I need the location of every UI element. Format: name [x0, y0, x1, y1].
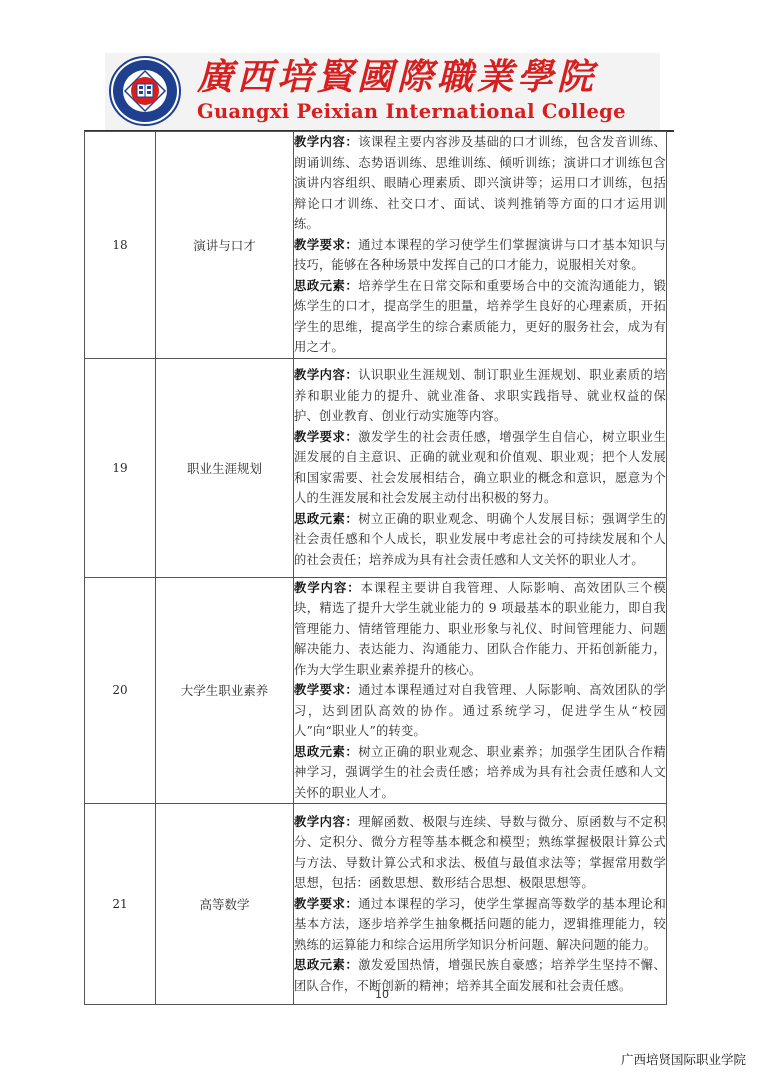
teaching-content: 教学内容：认识职业生涯规划、制订职业生涯规划、职业素质的培养和职业能力的提升、就…: [294, 365, 666, 427]
ideological-elements: 思政元素：树立正确的职业观念、职业素养；加强学生团队合作精神学习，强调学生的社会…: [294, 742, 666, 804]
teaching-requirements: 教学要求：通过本课程通过对自我管理、人际影响、高效团队的学习，达到团队高效的协作…: [294, 680, 666, 742]
course-number: 21: [85, 804, 156, 1005]
table-row: 20 大学生职业素养 教学内容：本课程主要讲自我管理、人际影响、高效团队三个模块…: [85, 577, 667, 804]
ideological-elements: 思政元素：培养学生在日常交际和重要场合中的交流沟通能力，锻炼学生的口才，提高学生…: [294, 276, 666, 358]
course-table: 18 演讲与口才 教学内容：该课程主要内容涉及基础的口才训练，包含发音训练、朗诵…: [84, 131, 667, 1005]
course-number: 19: [85, 358, 156, 577]
teaching-requirements: 教学要求：激发学生的社会责任感，增强学生自信心，树立职业生涯发展的自主意识、正确…: [294, 427, 666, 509]
college-header-banner: 廣西培賢國際職業學院 Guangxi Peixian International…: [105, 53, 660, 130]
course-number: 18: [85, 132, 156, 359]
course-name: 演讲与口才: [156, 132, 294, 359]
ideological-elements: 思政元素：树立正确的职业观念、明确个人发展目标；强调学生的社会责任感和个人成长，…: [294, 509, 666, 571]
table-row: 19 职业生涯规划 教学内容：认识职业生涯规划、制订职业生涯规划、职业素质的培养…: [85, 358, 667, 577]
page-number: 10: [0, 988, 764, 1001]
table-row: 18 演讲与口才 教学内容：该课程主要内容涉及基础的口才训练，包含发音训练、朗诵…: [85, 132, 667, 359]
college-name-chinese: 廣西培賢國際職業學院: [197, 57, 597, 97]
teaching-requirements: 教学要求：通过本课程的学习使学生们掌握演讲与口才基本知识与技巧，能够在各种场景中…: [294, 235, 666, 276]
course-description: 教学内容：该课程主要内容涉及基础的口才训练，包含发音训练、朗诵训练、态势语训练、…: [294, 132, 667, 359]
course-name: 高等数学: [156, 804, 294, 1005]
course-description: 教学内容：理解函数、极限与连续、导数与微分、原函数与不定积分、定积分、微分方程等…: [294, 804, 667, 1005]
teaching-requirements: 教学要求：通过本课程的学习，使学生掌握高等数学的基本理论和基本方法，逐步培养学生…: [294, 894, 666, 956]
course-description: 教学内容：本课程主要讲自我管理、人际影响、高效团队三个模块，精选了提升大学生就业…: [294, 577, 667, 804]
teaching-content: 教学内容：理解函数、极限与连续、导数与微分、原函数与不定积分、定积分、微分方程等…: [294, 812, 666, 894]
course-name: 职业生涯规划: [156, 358, 294, 577]
footer-college-name: 广西培贤国际职业学院: [621, 1050, 746, 1068]
college-name-english: Guangxi Peixian International College: [197, 100, 626, 123]
course-name: 大学生职业素养: [156, 577, 294, 804]
course-number: 20: [85, 577, 156, 804]
table-row: 21 高等数学 教学内容：理解函数、极限与连续、导数与微分、原函数与不定积分、定…: [85, 804, 667, 1005]
course-description: 教学内容：认识职业生涯规划、制订职业生涯规划、职业素质的培养和职业能力的提升、就…: [294, 358, 667, 577]
teaching-content: 教学内容：本课程主要讲自我管理、人际影响、高效团队三个模块，精选了提升大学生就业…: [294, 578, 666, 681]
college-emblem-icon: [109, 55, 181, 127]
teaching-content: 教学内容：该课程主要内容涉及基础的口才训练，包含发音训练、朗诵训练、态势语训练、…: [294, 132, 666, 235]
